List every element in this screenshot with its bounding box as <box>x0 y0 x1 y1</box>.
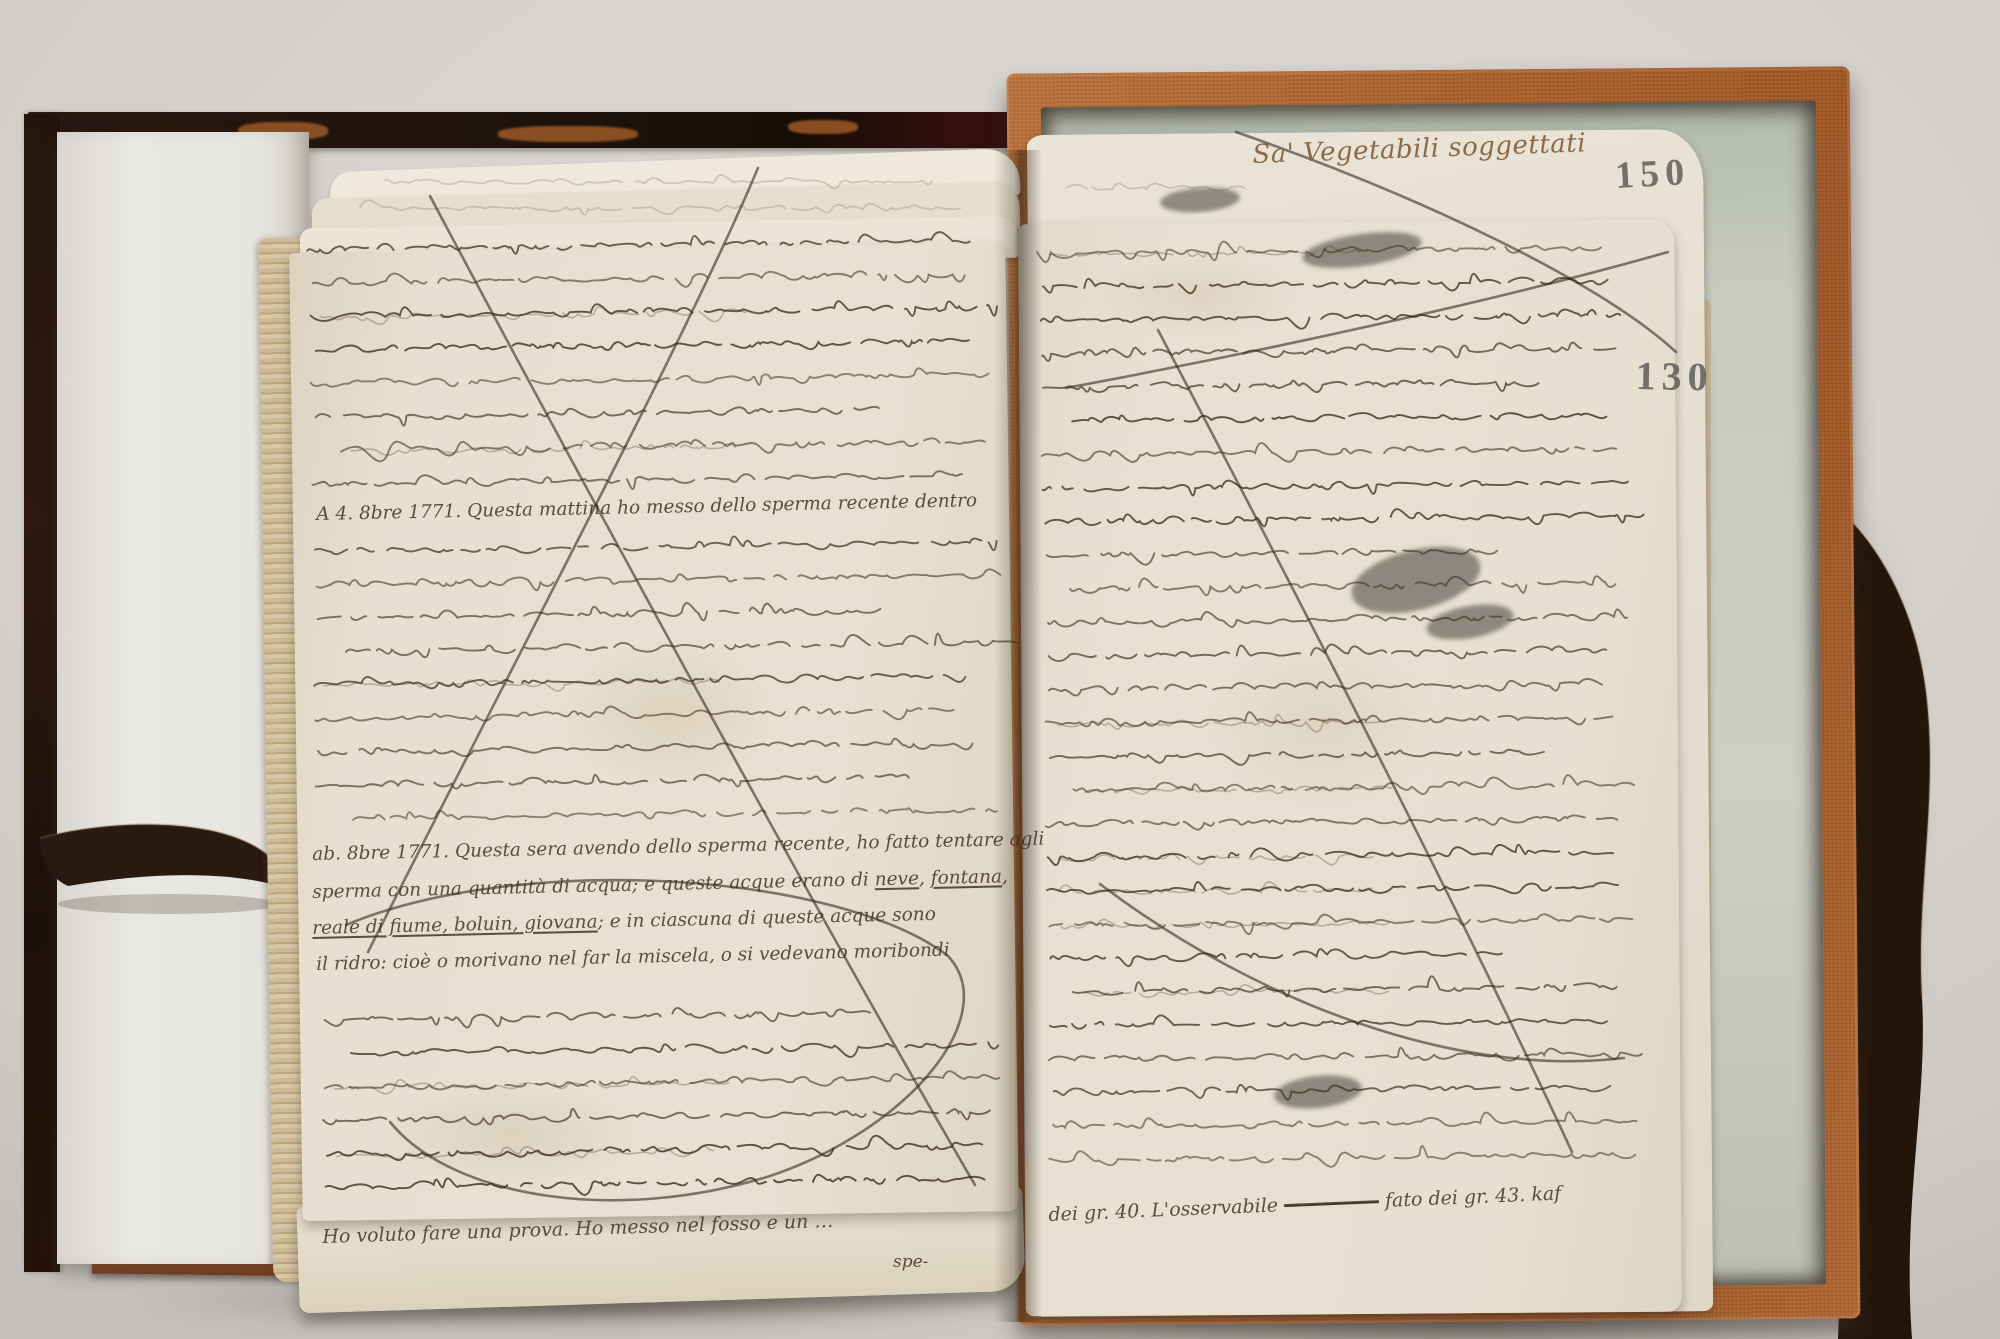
leather-wear-patch <box>788 120 858 134</box>
paper-stain <box>380 1080 640 1190</box>
gutter-shadow <box>994 150 1042 1322</box>
photo-open-manuscript: Sa' Vegetabili soggettati 150 130 A 4. 8… <box>0 0 2000 1339</box>
left-cover-side-edge <box>24 114 60 1272</box>
paper-stain <box>560 640 780 790</box>
paper-stain <box>1200 640 1440 810</box>
paper-stain <box>1100 250 1300 340</box>
leather-wear-patch <box>498 126 638 142</box>
left-ribbon-tie <box>38 812 298 922</box>
